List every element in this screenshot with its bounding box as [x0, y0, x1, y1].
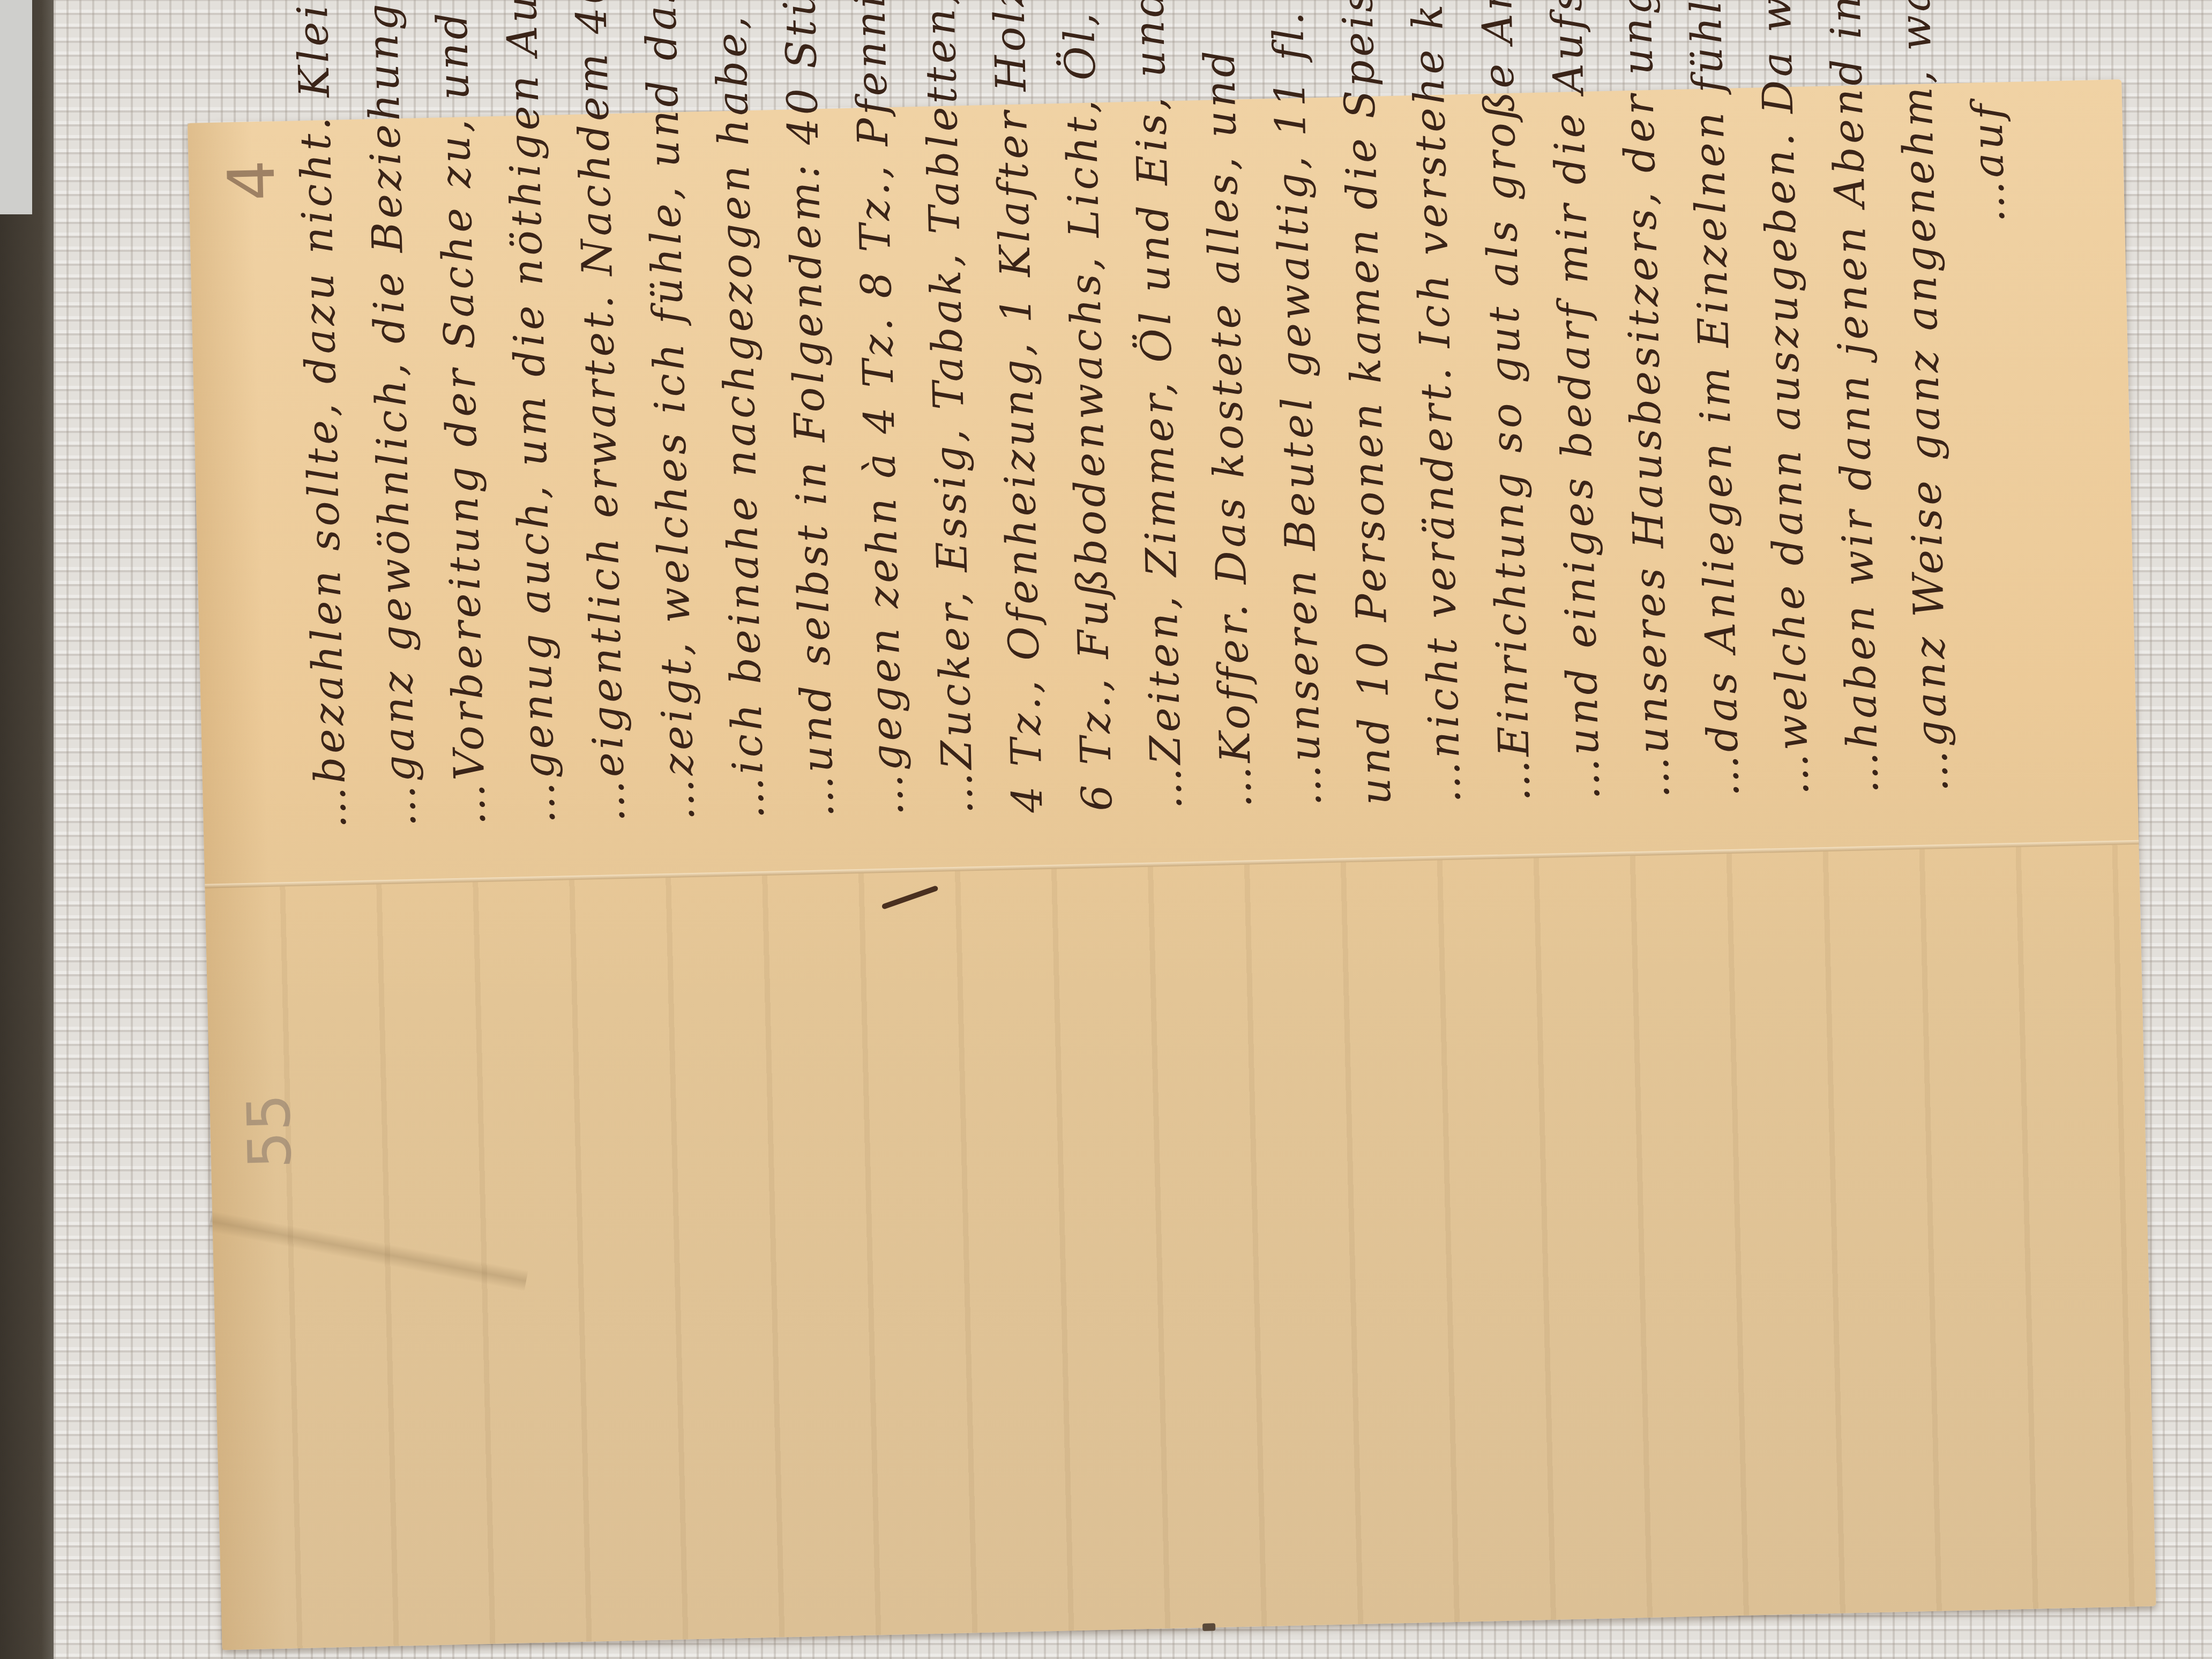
handwritten-line: 4 Tz., Ofenheizung, 1 Klafter Holz, 1 Pa…: [992, 146, 1072, 855]
handwritten-line: …und einiges bedarf mir die Aufsicht: [1549, 134, 1630, 842]
handwritten-line: …gegen zehn à 4 Tz. 8 Tz., Pfennig, Kaff…: [853, 150, 933, 858]
handwritten-line: …Zeiten, Zimmer, Öl und Eis, und Pflanze…: [1131, 143, 1212, 851]
handwritten-line: …haben wir dann jenen Abend in,: [1828, 128, 1908, 836]
handwritten-line: …ganz Weise ganz angenehm, was auch: [1897, 126, 1978, 834]
handwritten-text-block: …bezahlen sollte, dazu nicht. Kleinigkei…: [296, 122, 2133, 876]
handwritten-line: …genug auch, um die nöthigen Aufgaben,: [505, 158, 585, 866]
handwritten-line: …zeigt, welches ich fühle, und das: [644, 154, 724, 863]
handwritten-line: …Koffer. Das kostete alles, und: [1201, 141, 1281, 850]
edge-tear: [1202, 1623, 1215, 1631]
handwritten-line: …welche dann auszugeben. Da wir: [1758, 129, 1839, 838]
handwritten-line: …nicht verändert. Ich verstehe keine: [1410, 137, 1490, 846]
handwritten-line: …unseres Hausbesitzers, der ungesehen: [1619, 132, 1699, 841]
handwritten-line: …Einrichtung so gut als große Anstalt,: [1479, 136, 1560, 844]
handwritten-line: …bezahlen sollte, dazu nicht. Kleinigkei…: [296, 162, 376, 871]
handwritten-line: …auf: [1967, 124, 2035, 265]
page-number-marker: 4: [214, 159, 290, 201]
handwritten-line: …ich beinahe nachgezogen habe, bezahlen,: [714, 153, 794, 861]
handwritten-line: …Vorbereitung der Sache zu, und: [435, 159, 515, 868]
handwritten-line: …Zucker, Essig, Tabak, Tabletten, a 7 Tz…: [922, 148, 1003, 856]
handwritten-line: und 10 Personen kamen die Speisen: [1340, 138, 1421, 847]
pencil-annotation: 55: [234, 1093, 304, 1170]
handwritten-line: …eigentlich erwartet. Nachdem 40: [574, 156, 655, 864]
dark-background-edge: [0, 0, 59, 1659]
handwritten-line: …und selbst in Folgendem: 40 Stück Obst: [783, 151, 864, 860]
handwritten-line: …ganz gewöhnlich, die Beziehung: [365, 161, 446, 869]
letter-sheet: 4 …bezahlen sollte, dazu nicht. Kleinigk…: [188, 79, 2156, 1650]
blank-lower-half-bleedthrough: [205, 845, 2156, 1650]
handwritten-line: …das Anliegen im Einzelnen fühlen, die: [1688, 131, 1769, 839]
handwritten-line: 6 Tz., Fußbodenwachs, Licht, Öl,: [1062, 145, 1142, 853]
handwritten-line: …unseren Beutel gewaltig, 11 fl. 10 kr.: [1271, 140, 1351, 848]
paper-scrap: [0, 0, 32, 214]
